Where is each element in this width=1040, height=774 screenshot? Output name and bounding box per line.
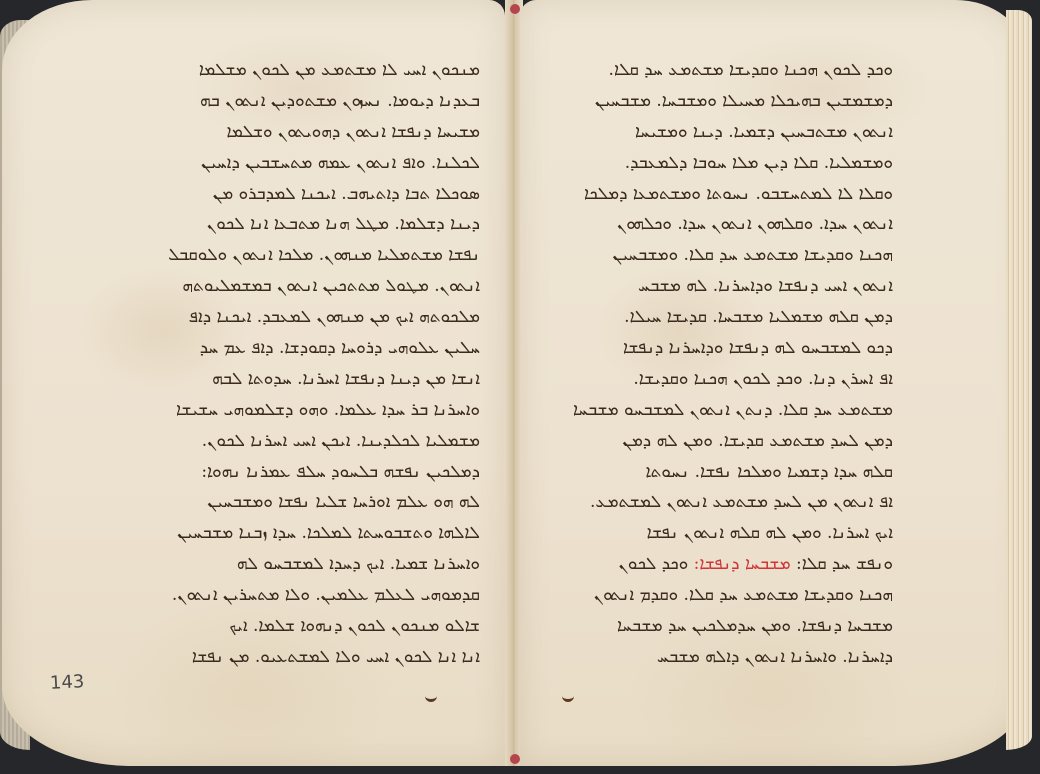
text-line: ܕܡܫܡܫܝܢ ܒܗܝܟܠܐ ܡܚܝܠܐ ܘܡܫܒܚܐ. ܡܫܒܚܝܢ — [545, 86, 893, 117]
text-line: ܚܠܝܢ ܥܠܘܗܝ ܕܪܘܚܐ ܕܩܘܕܫܐ. ܕܐܦ ܥܡ ܚܕ — [110, 333, 480, 364]
text-line: ܡܢܟܘܢ ܐܚܝ ܠܐ ܡܫܬܡܥ ܡܢ ܠܟܘܢ ܡܫܠܡܐ — [110, 55, 480, 86]
text-line: ܣܘܟܠܐ ܬܒܐ ܕܐܬܝܗܒ. ܐܝܟܢܐ ܠܡܕܒܪܘ ܡܢ — [110, 179, 480, 210]
text-line: ܕܝܢܐ ܕܫܠܡܐ. ܡܛܠ ܗܢܐ ܡܬܒܥܐ ܐܢܐ ܠܟܘܢ — [110, 209, 480, 240]
text-line: ܕܟܘ ܠܡܫܒܚܘ ܠܗ ܕܢܦܫܐ ܘܕܐܚܪܢܐ ܕܢܦܫܐ — [545, 333, 893, 364]
spine-top-binding — [510, 4, 520, 14]
text-line: ܡܫܡܠܝܐ ܠܟܠܕܝܢܐ. ܐܝܟܢ ܐܚܝ ܐܚܪܢܐ ܠܟܘܢ. — [110, 426, 480, 457]
text-line: ܘܟܕ ܠܟܘܢ ܗܟܢܐ ܘܩܕܝܫܐ ܡܫܬܡܥ ܚܕ ܩܠܐ. — [545, 55, 893, 86]
left-page-text: ܡܢܟܘܢ ܐܚܝ ܠܐ ܡܫܬܡܥ ܡܢ ܠܟܘܢ ܡܫܠܡܐ ܒܥܕܢܐ ܕ… — [110, 55, 480, 673]
text-line: ܐܦ ܐܢܬܘܢ ܡܢ ܠܚܕ ܡܫܬܡܥ ܐܢܬܘܢ ܠܡܫܬܡܥ. — [545, 487, 893, 518]
rubric-line: ܘܢܦܫ ܚܕ ܩܠܐ: ܡܫܒܚܐ ܕܢܦܫܐ: ܘܟܕ ܠܟܘܢ — [545, 549, 893, 580]
text-line: ܡܫܬܡܥ ܚܕ ܩܠܐ. ܕܢܬܢ ܐܢܬܘܢ ܠܡܫܒܚܘ ܡܫܒܚܐ — [545, 395, 893, 426]
rubric-suffix: ܘܟܕ ܠܟܘܢ — [619, 554, 689, 574]
text-line: ܘܐܚܪܢܐ ܒܪ ܚܕܐ ܥܠܡܐ. ܘܗܘ ܕܫܠܡܘܗܝ ܚܫܝܫܐ — [110, 395, 480, 426]
folio-number: 143 — [49, 671, 84, 694]
text-line: ܐܢܬܘܢ ܡܫܬܒܚܝܢ ܕܫܡܝܐ. ܕܝܢܐ ܘܡܫܝܚܐ — [545, 117, 893, 148]
text-line: ܩܕܡܘܗܝ ܠܥܠܡ ܥܠܡܝܢ. ܘܠܐ ܡܬܚܪܝܢ ܐܢܬܘܢ. — [110, 580, 480, 611]
text-line: ܐܢܬܘܢ ܚܕܐ. ܘܩܠܗܘܢ ܐܢܬܘܢ ܚܕܐ. ܘܟܠܗܘܢ — [545, 209, 893, 240]
text-line: ܡܫܝܚܐ ܕܢܦܫܐ ܐܢܬܘܢ ܕܗܘܝܬܘܢ ܘܫܠܡܐ — [110, 117, 480, 148]
text-line: ܠܟܠܢܐ. ܘܐܦ ܐܢܬܘܢ ܥܡܗ ܡܬܚܫܒܝܢ ܕܐܚܝܢ — [110, 148, 480, 179]
text-line: ܐܝܟ ܐܚܪܢܐ. ܘܡܢ ܠܗ ܩܠܗ ܐܢܬܘܢ ܢܦܫܐ — [545, 518, 893, 549]
text-line: ܠܐܠܗܐ ܘܬܫܒܘܚܬܐ ܠܡܠܟܐ. ܚܕܐ ܙܒܢܐ ܡܫܒܚܝܢ — [110, 518, 480, 549]
text-line: ܐܢܐ ܐܢܐ ܠܟܘܢ ܐܚܝ ܘܠܐ ܠܡܫܬܥܝܘ. ܡܢ ܢܦܫܐ — [110, 642, 480, 673]
text-line: ܗܟܢܐ ܘܩܕܝܫܐ ܡܫܬܡܥ ܚܕ ܩܠܐ. ܘܡܫܒܚܝܢ — [545, 240, 893, 271]
text-line: ܕܡܢ ܩܠܗ ܡܫܡܠܝܐ ܡܫܒܚܐ. ܩܕܝܫܐ ܚܝܠܐ. — [545, 302, 893, 333]
text-line: ܗܟܢܐ ܘܩܕܝܫܐ ܡܫܬܡܥ ܚܕ ܩܠܐ. ܘܩܕܡ ܐܢܬܘܢ — [545, 580, 893, 611]
text-line: ܒܥܕܢܐ ܕܝܘܡܐ. ܢܚܙܘܢ ܡܫܬܘܕܝܢ ܐܢܬܘܢ ܒܗ — [110, 86, 480, 117]
text-line: ܡܠܟܘܬܗ ܐܝܟ ܡܢ ܡܢܗܘܢ ܠܡܥܒܕ. ܐܝܟܢܐ ܕܐܦ — [110, 302, 480, 333]
text-line: ܐܦ ܐܚܪܢ ܕܢܐ. ܘܟܕ ܠܟܘܢ ܗܟܢܐ ܘܩܕܝܫܐ. — [545, 364, 893, 395]
text-line: ܕܐܚܪܢܐ. ܘܐܚܪܢܐ ܐܢܬܘܢ ܕܐܠܗ ܡܫܒܚ — [545, 642, 893, 673]
open-manuscript: ܡܢܟܘܢ ܐܚܝ ܠܐ ܡܫܬܡܥ ܡܢ ܠܟܘܢ ܡܫܠܡܐ ܒܥܕܢܐ ܕ… — [0, 0, 1040, 774]
text-line: ܩܠܗ ܚܕܐ ܕܫܡܝܐ ܘܡܠܟܐ ܢܦܫܐ. ܢܚܘܬܐ — [545, 457, 893, 488]
right-page-text: ܘܟܕ ܠܟܘܢ ܗܟܢܐ ܘܩܕܝܫܐ ܡܫܬܡܥ ܚܕ ܩܠܐ. ܕܡܫܡܫ… — [545, 55, 893, 673]
text-line: ܢܦܫܐ ܡܫܬܡܠܝܐ ܡܢܗܘܢ. ܡܠܟܐ ܐܢܬܘܢ ܘܠܘܩܒܠ — [110, 240, 480, 271]
text-line: ܠܗ ܗܘ ܥܠܡ ܐܘܪܚܐ ܫܠܝܐ ܢܦܫܐ ܘܡܫܒܚܝܢ — [110, 487, 480, 518]
text-line: ܕܡܠܟܝܢ ܢܦܫܗ ܒܠܚܘܕ ܚܠܦ ܥܡܪܢܐ ܢܗܘܐ: — [110, 457, 480, 488]
rubric-prefix: ܘܢܦܫ ܚܕ ܩܠܐ: — [791, 554, 893, 574]
text-line: ܕܡܢ ܠܚܕ ܡܫܬܡܥ ܩܕܝܫܐ. ܘܡܢ ܠܗ ܕܡܢ — [545, 426, 893, 457]
text-line: ܡܫܒܚܐ ܕܢܦܫܐ. ܘܡܢ ܚܕܡܠܟܝܢ ܚܕ ܡܫܒܚܐ — [545, 611, 893, 642]
text-line: ܐܢܫܐ ܡܢ ܕܝܢܐ ܕܢܦܫܐ ܐܚܪܢܐ. ܚܕܘܬܐ ܠܒܗ — [110, 364, 480, 395]
text-line: ܐܢܬܘܢ ܐܚܝ ܕܢܦܫܐ ܘܕܐܚܪܢܐ. ܠܗ ܡܫܒܚ — [545, 271, 893, 302]
right-page-edges — [1006, 10, 1032, 750]
text-line: ܘܐܚܪܢܐ ܫܡܝܐ. ܐܝܟ ܕܚܕܐ ܠܡܫܒܚܘ ܠܗ — [110, 549, 480, 580]
red-rubric: ܡܫܒܚܐ ܕܢܦܫܐ: — [694, 554, 791, 574]
spine-bottom-binding — [510, 754, 520, 764]
text-line: ܘܡܫܡܠܝܐ. ܩܠܐ ܕܝܢ ܡܠܐ ܚܘܒܐ ܕܠܡܥܒܕ. — [545, 148, 893, 179]
text-line: ܫܐܠܘ ܡܢܟܘܢ ܠܟܘܢ ܕܢܗܘܐ ܫܠܡܐ. ܐܝܟ — [110, 611, 480, 642]
text-line: ܐܢܬܘܢ. ܡܛܘܠ ܡܬܬܟܝܢ ܐܢܬܘܢ ܒܡܫܡܠܝܘܬܗ — [110, 271, 480, 302]
text-line: ܘܩܠܐ ܠܐ ܠܡܬܚܫܒܘ. ܢܚܘܬܐ ܘܡܫܬܡܥܐ ܕܡܠܟܐ — [545, 179, 893, 210]
